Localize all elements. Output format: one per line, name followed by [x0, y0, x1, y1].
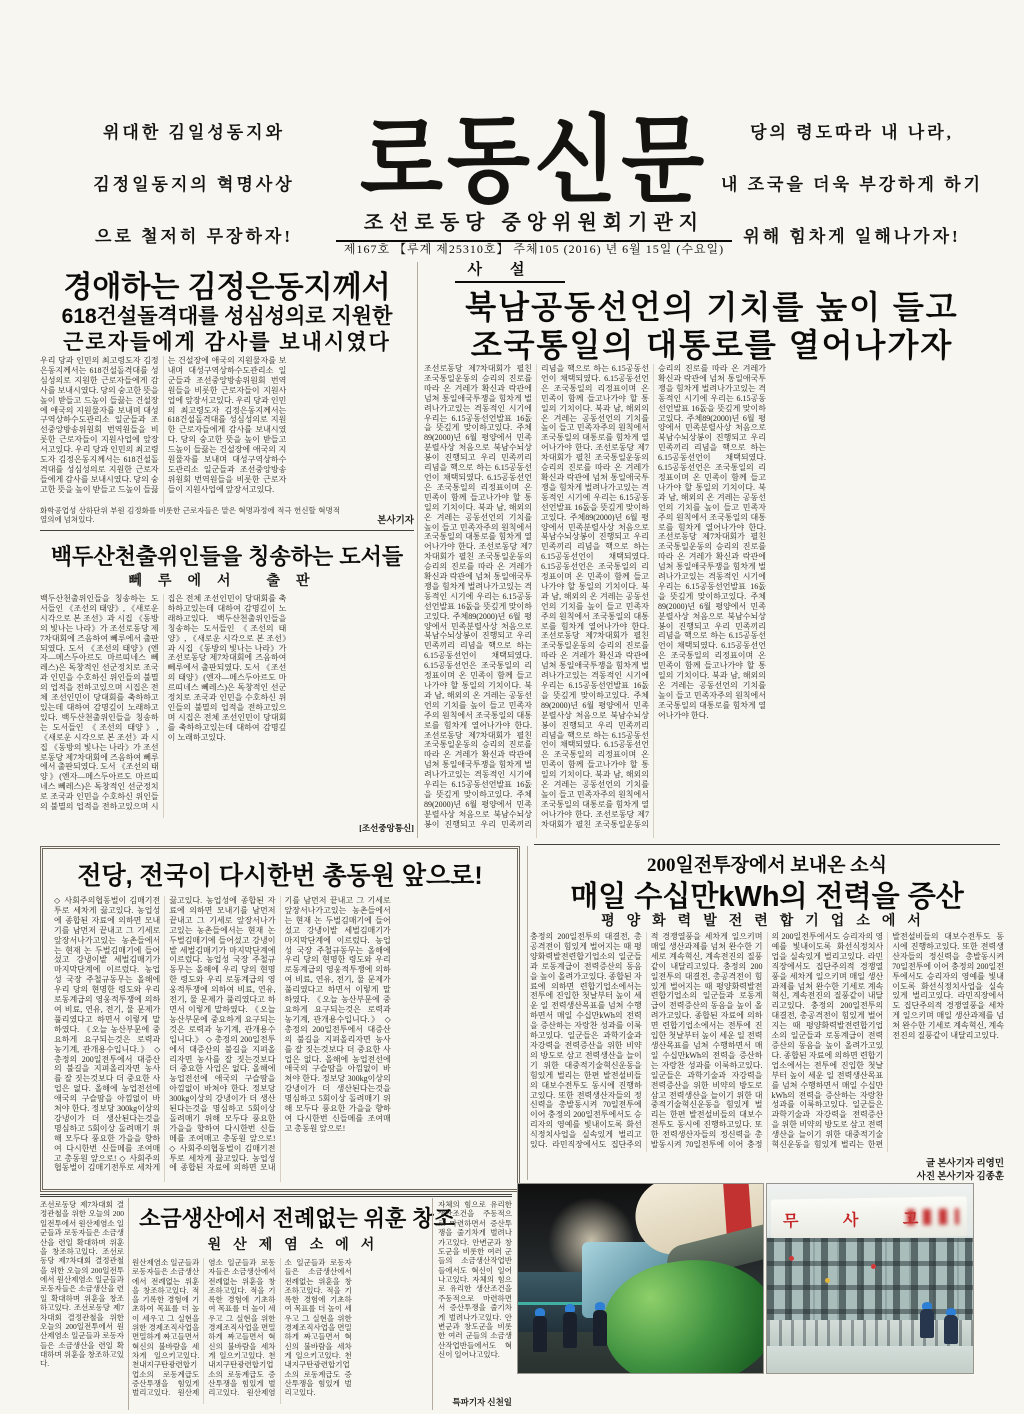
- slogan-left-line-1: 위대한 김일성동지와: [56, 104, 332, 156]
- salt-byline: 특파기자 신천일: [398, 1396, 512, 1408]
- worker-figure: [592, 1302, 608, 1346]
- editorial-headline-2: 조국통일의 대통로를 열어나가자: [424, 320, 1000, 366]
- power-byline-2: 사진 본사기자 김종훈: [770, 1168, 1004, 1182]
- salt-body: 원산제염소 일군들과 로동자들은 소금생산에서 전례없는 위훈을 창조하고있다.…: [132, 1258, 428, 1404]
- banner-far-text-blur: [907, 1208, 959, 1225]
- worker-figure: [532, 1308, 548, 1352]
- power-headline: 매일 수십만kWh의 전력을 증산: [530, 874, 1004, 915]
- slogan-right: 당의 령도따라 내 나라, 내 조국을 더욱 부강하게 하기 위해 힘차게 일해…: [706, 104, 998, 260]
- operator-figure: [943, 1308, 959, 1344]
- divider: [128, 1198, 129, 1410]
- power-body: 충정의 200일전투의 대결전, 총공격전이 힘있게 벌어지는 때 평양화력발전…: [530, 932, 1004, 1152]
- thanks-body: 우리 당과 인민의 최고령도자 김정은동지께서는 618건설돌격대를 성심성의로…: [40, 356, 414, 504]
- power-subhead: 평양화력발전련합기업소에서: [530, 910, 1004, 930]
- salt-subhead: 원산제염소에서: [132, 1234, 462, 1254]
- books-subhead: 뻬루에서 출판: [40, 570, 414, 590]
- books-byline: [조선중앙통신]: [270, 822, 414, 834]
- divider: [40, 530, 414, 531]
- slogan-left: 위대한 김일성동지와 김정일동지의 혁명사상 으로 철저히 무장하자!: [56, 104, 332, 260]
- books-headline: 백두산천출위인들을 칭송하는 도서들: [40, 540, 414, 571]
- thanks-byline: 본사기자: [314, 512, 414, 526]
- editorial-kicker: 사설: [455, 258, 565, 283]
- salt-side-note: 자체의 힘으로 유리한 생산조건을 주동적으로 마련하면서 증산투쟁을 줄기차게…: [438, 1200, 512, 1390]
- mobilize-headline: 전당, 전국이 다시한번 총동원 앞으로!: [52, 856, 508, 892]
- slogan-right-line-1: 당의 령도따라 내 나라,: [706, 104, 998, 156]
- indicator-lamp: [825, 1278, 830, 1283]
- divider: [40, 1194, 512, 1197]
- thanks-headline-3: 근로자들에게 감사를 보내시였다: [40, 326, 414, 356]
- safety-banner: 무 사 고: [771, 1196, 968, 1239]
- mobilize-body: ◇ 사회주의협동벌이 김매기전투로 세차게 끓고있다. 농업성에 종합된 자료에…: [54, 896, 506, 1182]
- operator-figure: [919, 1302, 935, 1338]
- slogan-left-line-3: 으로 철저히 무장하자!: [56, 208, 332, 260]
- organ-line: 조선로동당 중앙위원회기관지: [336, 206, 732, 242]
- slogan-right-line-3: 위해 힘차게 일해나가자!: [706, 208, 998, 260]
- books-body: 백두산천출위인들을 칭송하는 도서들인 《조선의 태양》, 《새로운 시각으로 …: [40, 594, 414, 818]
- issue-line: 제167호 【루계 제25310호】 주체105 (2016) 년 6월 15일…: [326, 240, 742, 257]
- newspaper-page: 위대한 김일성동지와 김정일동지의 혁명사상 으로 철저히 무장하자! 로동신문…: [0, 0, 1024, 1414]
- slogan-left-line-2: 김정일동지의 혁명사상: [56, 156, 332, 208]
- indicator-lamp: [871, 1264, 876, 1269]
- power-kicker: 200일전투장에서 보내온 소식: [534, 850, 1000, 877]
- photo-turbine-hall: [517, 1183, 764, 1374]
- newspaper-title: 로동신문: [330, 84, 738, 220]
- divider: [432, 1198, 433, 1410]
- salt-headline: 소금생산에서 전례없는 위훈 창조: [132, 1202, 462, 1233]
- slogan-right-line-2: 내 조국을 더욱 부강하게 하기: [706, 156, 998, 208]
- indicator-lamp: [789, 1256, 794, 1261]
- thanks-tail: 화학공업성 산하단위 부원 김정화를 비롯한 근로자들은 맡은 혁명과정에 적극…: [40, 506, 340, 526]
- worker-figure: [562, 1304, 578, 1348]
- divider: [417, 262, 418, 838]
- editorial-body: 조선로동당 제7차대회가 펼친 조국통일운동의 승리의 진로를 따라 온 겨레가…: [424, 364, 1000, 838]
- salt-left-column: 조선로동당 제7차대회 결정관철을 위한 오늘의 200일전투에서 원산제염소 …: [40, 1200, 124, 1410]
- divider: [534, 844, 1000, 845]
- divider: [527, 846, 528, 1180]
- power-byline-1: 글 본사기자 리영민: [770, 1155, 1004, 1169]
- photo-control-room: 무 사 고: [766, 1183, 974, 1374]
